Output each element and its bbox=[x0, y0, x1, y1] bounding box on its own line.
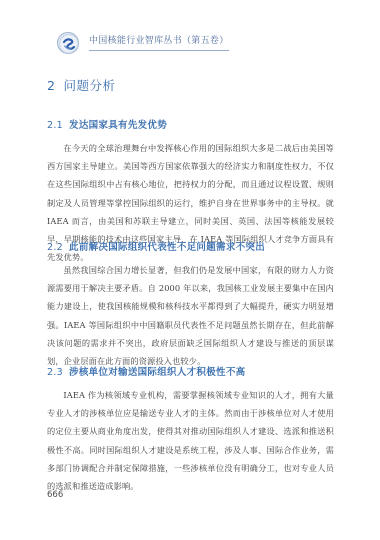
chapter-heading: 2问题分析 bbox=[47, 76, 115, 94]
section-heading-2-2: 2.2此前解决国际组织代表性不足问题需求不突出 bbox=[47, 239, 265, 253]
organization-emblem-icon bbox=[57, 32, 79, 54]
chapter-title: 问题分析 bbox=[63, 78, 115, 93]
series-title: 中国核能行业智库丛书（第五卷） bbox=[89, 35, 229, 51]
section-title: 此前解决国际组织代表性不足问题需求不突出 bbox=[69, 242, 265, 253]
section-paragraph-2-3: IAEA 作为核领域专业机构，需要掌握核领域专业知识的人才，拥有大量专业人才的涉… bbox=[47, 386, 334, 495]
page-number: 666 bbox=[47, 490, 63, 500]
section-number: 2.3 bbox=[47, 367, 63, 378]
section-number: 2.1 bbox=[47, 120, 63, 131]
section-paragraph-2-2: 虽然我国综合国力增长显著，但我们仍是发展中国家，有限的财力人力资源需要用于解决主… bbox=[47, 261, 334, 370]
section-heading-2-3: 2.3涉核单位对输送国际组织人才积极性不高 bbox=[47, 364, 245, 378]
chapter-number: 2 bbox=[47, 78, 55, 93]
section-title: 发达国家具有先发优势 bbox=[69, 120, 167, 131]
section-number: 2.2 bbox=[47, 242, 63, 253]
section-heading-2-1: 2.1发达国家具有先发优势 bbox=[47, 117, 167, 131]
running-header: 中国核能行业智库丛书（第五卷） bbox=[57, 31, 229, 55]
section-title: 涉核单位对输送国际组织人才积极性不高 bbox=[69, 367, 245, 378]
